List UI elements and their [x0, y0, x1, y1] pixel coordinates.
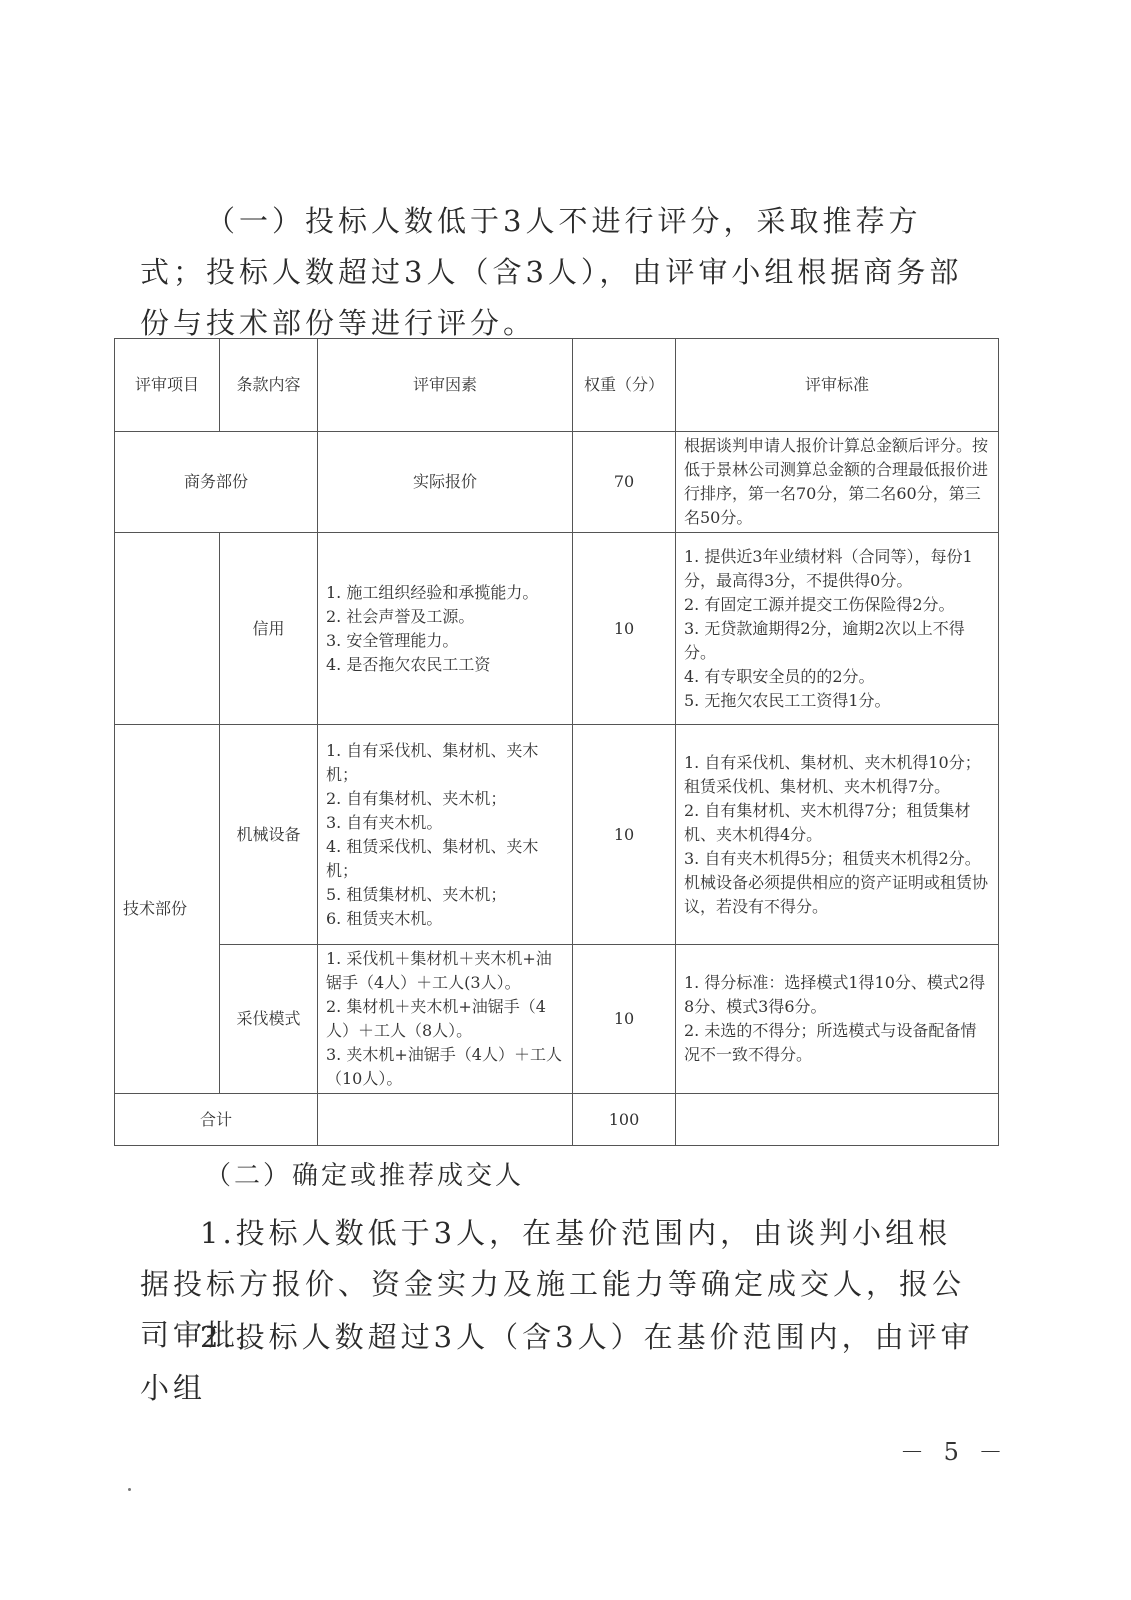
mode-clause: 采伐模式: [220, 945, 318, 1094]
scoring-table: 评审项目 条款内容 评审因素 权重（分） 评审标准 商务部份 实际报价 70 根…: [114, 338, 999, 1146]
technical-item: 技术部份: [115, 725, 220, 1094]
table-row-business: 商务部份 实际报价 70 根据谈判申请人报价计算总金额后评分。按低于景林公司测算…: [115, 432, 999, 533]
equipment-standard: 1. 自有采伐机、集材机、夹木机得10分；租赁采伐机、集材机、夹木机得7分。 2…: [676, 725, 999, 945]
credit-weight: 10: [573, 533, 676, 725]
equipment-factor: 1. 自有采伐机、集材机、夹木机； 2. 自有集材机、夹木机； 3. 自有夹木机…: [318, 725, 573, 945]
business-standard: 根据谈判申请人报价计算总金额后评分。按低于景林公司测算总金额的合理最低报价进行排…: [676, 432, 999, 533]
intro-paragraph: （一）投标人数低于3人不进行评分，采取推荐方式；投标人数超过3人（含3人），由评…: [140, 196, 980, 349]
table-row-equipment: 技术部份 机械设备 1. 自有采伐机、集材机、夹木机； 2. 自有集材机、夹木机…: [115, 725, 999, 945]
equipment-weight: 10: [573, 725, 676, 945]
credit-factor: 1. 施工组织经验和承揽能力。 2. 社会声誉及工源。 3. 安全管理能力。 4…: [318, 533, 573, 725]
equipment-clause: 机械设备: [220, 725, 318, 945]
total-factor-empty: [318, 1094, 573, 1146]
header-factor: 评审因素: [318, 339, 573, 432]
mode-standard: 1. 得分标准：选择模式1得10分、模式2得8分、模式3得6分。 2. 未选的不…: [676, 945, 999, 1094]
credit-item-empty: [115, 533, 220, 725]
total-label: 合计: [115, 1094, 318, 1146]
business-item: 商务部份: [115, 432, 318, 533]
mode-factor: 1. 采伐机＋集材机＋夹木机+油锯手（4人）＋工人(3人）。 2. 集材机＋夹木…: [318, 945, 573, 1094]
total-standard-empty: [676, 1094, 999, 1146]
header-clause: 条款内容: [220, 339, 318, 432]
table-header-row: 评审项目 条款内容 评审因素 权重（分） 评审标准: [115, 339, 999, 432]
table-row-credit: 信用 1. 施工组织经验和承揽能力。 2. 社会声誉及工源。 3. 安全管理能力…: [115, 533, 999, 725]
header-review-item: 评审项目: [115, 339, 220, 432]
header-standard: 评审标准: [676, 339, 999, 432]
total-weight: 100: [573, 1094, 676, 1146]
credit-clause: 信用: [220, 533, 318, 725]
scan-speck: [128, 1488, 131, 1491]
mode-weight: 10: [573, 945, 676, 1094]
rule-paragraph-2: 2.投标人数超过3人（含3人）在基价范围内，由评审小组: [140, 1312, 980, 1414]
page-number: － 5 －: [900, 1432, 1009, 1467]
table-row-total: 合计 100: [115, 1094, 999, 1146]
header-weight: 权重（分）: [573, 339, 676, 432]
business-factor: 实际报价: [318, 432, 573, 533]
credit-standard: 1. 提供近3年业绩材料（合同等），每份1分，最高得3分，不提供得0分。 2. …: [676, 533, 999, 725]
business-weight: 70: [573, 432, 676, 533]
table-row-mode: 采伐模式 1. 采伐机＋集材机＋夹木机+油锯手（4人）＋工人(3人）。 2. 集…: [115, 945, 999, 1094]
section-heading: （二）确定或推荐成交人: [205, 1156, 1045, 1196]
